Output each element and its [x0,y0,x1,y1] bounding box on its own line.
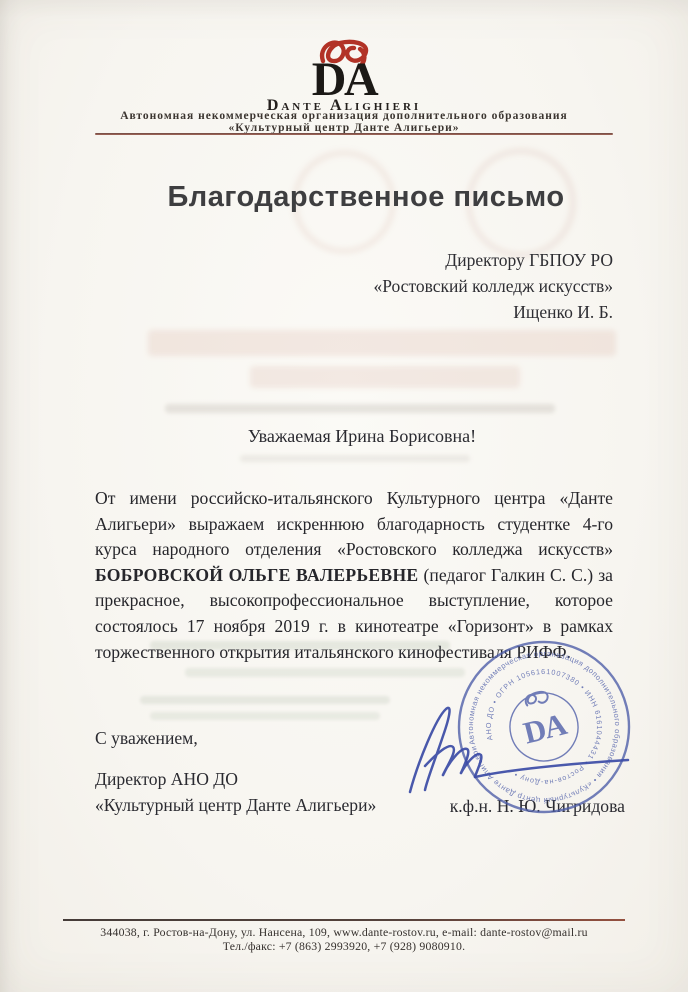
recipient-block: Директору ГБПОУ РО «Ростовский колледж и… [373,247,613,325]
ghost-text-band [240,455,470,462]
recipient-line1: Директору ГБПОУ РО [373,247,613,273]
footer-phone: Тел./факс: +7 (863) 2993920, +7 (928) 90… [0,939,688,953]
ghost-text-band [140,696,390,704]
signer-position-line1: Директор АНО ДО [95,769,238,790]
ghost-text-band [165,404,555,413]
ghost-text-band [150,712,380,720]
footer-address: 344038, г. Ростов-на-Дону, ул. Нансена, … [0,925,688,939]
handwritten-signature [396,700,638,804]
salutation: Уважаемая Ирина Борисовна! [18,426,688,447]
signer-position-line2: «Культурный центр Данте Алигьери» [95,795,376,816]
page-title: Благодарственное письмо [22,181,688,214]
closing-regards: С уважением, [95,728,198,749]
ghost-text-band [185,668,465,677]
recipient-line3: Ищенко И. Б. [373,299,613,325]
letter-page: DA Dante Alighieri Автономная некоммерче… [0,0,688,992]
body-text-pre: От имени российско-итальянского Культурн… [95,488,613,559]
header-divider [95,133,613,135]
ghost-text-band [148,330,616,356]
recipient-line2: «Ростовский колледж искусств» [373,273,613,299]
ghost-text-band [250,366,520,388]
org-name-line1: Автономная некоммерческая организация до… [0,110,688,122]
footer-divider [63,919,625,921]
awardee-name: БОБРОВСКОЙ ОЛЬГЕ ВАЛЕРЬЕВНЕ [95,565,418,585]
